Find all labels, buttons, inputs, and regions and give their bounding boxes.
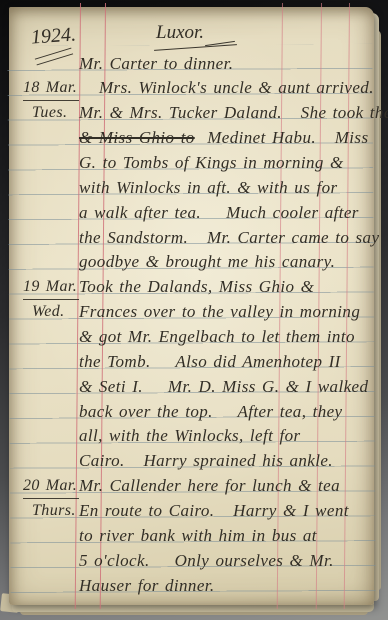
diary-line: Mr. Carter to dinner. bbox=[9, 51, 374, 76]
photo-backdrop: 1924. Luxor. Mr. Carter to dinner.18 Mar… bbox=[0, 0, 388, 620]
struck-text: & Miss Ghio to bbox=[79, 128, 195, 147]
entry-text: Mrs. Winlock's uncle & aunt arrived. bbox=[99, 75, 374, 100]
diary-line: & Miss Ghio to Medinet Habu. Miss bbox=[9, 125, 374, 150]
entry-text: Mr. Callender here for lunch & tea bbox=[79, 473, 340, 498]
entry-text: Cairo. Harry sprained his ankle. bbox=[79, 448, 333, 473]
diary-line: Cairo. Harry sprained his ankle. bbox=[9, 448, 374, 473]
diary-line: 20 Mar.Mr. Callender here for lunch & te… bbox=[9, 473, 374, 498]
diary-page: 1924. Luxor. Mr. Carter to dinner.18 Mar… bbox=[9, 7, 374, 605]
entry-text: Mr. & Mrs. Tucker Daland. She took them bbox=[79, 100, 388, 125]
diary-line: & got Mr. Engelbach to let them into bbox=[9, 324, 374, 349]
entry-text: & Seti I. Mr. D. Miss G. & I walked bbox=[79, 374, 368, 399]
entry-text: with Winlocks in aft. & with us for bbox=[79, 175, 338, 200]
entry-text: to river bank with him in bus at bbox=[79, 523, 317, 548]
diary-line: a walk after tea. Much cooler after bbox=[9, 200, 374, 225]
diary-line: all, with the Winlocks, left for bbox=[9, 423, 374, 448]
entry-text: 5 o'clock. Only ourselves & Mr. bbox=[79, 548, 334, 573]
page-title: Luxor. bbox=[156, 22, 204, 44]
entry-text: & Miss Ghio to Medinet Habu. Miss bbox=[79, 125, 368, 150]
entry-text: Mr. Carter to dinner. bbox=[79, 51, 233, 76]
diary-line: the Tomb. Also did Amenhotep II bbox=[9, 349, 374, 374]
entry-text: goodbye & brought me his canary. bbox=[79, 249, 335, 274]
diary-line: Hauser for dinner. bbox=[9, 573, 374, 598]
entry-text: G. to Tombs of Kings in morning & bbox=[79, 150, 344, 175]
entry-text: a walk after tea. Much cooler after bbox=[79, 200, 359, 225]
entry-text: Took the Dalands, Miss Ghio & bbox=[79, 274, 314, 299]
entry-text: En route to Cairo. Harry & I went bbox=[79, 498, 349, 523]
diary-line: with Winlocks in aft. & with us for bbox=[9, 175, 374, 200]
diary-line: back over the top. After tea, they bbox=[9, 399, 374, 424]
weekday-label: Wed. bbox=[32, 299, 65, 324]
diary-line: 5 o'clock. Only ourselves & Mr. bbox=[9, 548, 374, 573]
diary-line: & Seti I. Mr. D. Miss G. & I walked bbox=[9, 374, 374, 399]
date-label: 19 Mar. bbox=[23, 274, 79, 300]
entry-text: the Tomb. Also did Amenhotep II bbox=[79, 349, 341, 374]
diary-line: to river bank with him in bus at bbox=[9, 523, 374, 548]
entry-text: the Sandstorm. Mr. Carter came to say bbox=[79, 225, 379, 250]
diary-line: 19 Mar.Took the Dalands, Miss Ghio & bbox=[9, 274, 374, 299]
diary-line: 18 Mar.Mrs. Winlock's uncle & aunt arriv… bbox=[9, 75, 374, 100]
diary-line: the Sandstorm. Mr. Carter came to say bbox=[9, 225, 374, 250]
weekday-label: Thurs. bbox=[32, 498, 76, 523]
diary-line: G. to Tombs of Kings in morning & bbox=[9, 150, 374, 175]
year-label: 1924. bbox=[30, 23, 76, 49]
entry-text: Hauser for dinner. bbox=[79, 573, 215, 598]
entry-text: back over the top. After tea, they bbox=[79, 399, 343, 424]
diary-line: Thurs.En route to Cairo. Harry & I went bbox=[9, 498, 374, 523]
diary-line: Tues.Mr. & Mrs. Tucker Daland. She took … bbox=[9, 100, 374, 125]
entry-text: & got Mr. Engelbach to let them into bbox=[79, 324, 355, 349]
diary-line: Wed.Frances over to the valley in mornin… bbox=[9, 299, 374, 324]
date-label: 20 Mar. bbox=[23, 473, 79, 499]
date-label: 18 Mar. bbox=[23, 75, 79, 101]
entry-text: all, with the Winlocks, left for bbox=[79, 423, 300, 448]
diary-line: goodbye & brought me his canary. bbox=[9, 249, 374, 274]
entry-text: Frances over to the valley in morning bbox=[79, 299, 360, 324]
weekday-label: Tues. bbox=[32, 100, 67, 125]
